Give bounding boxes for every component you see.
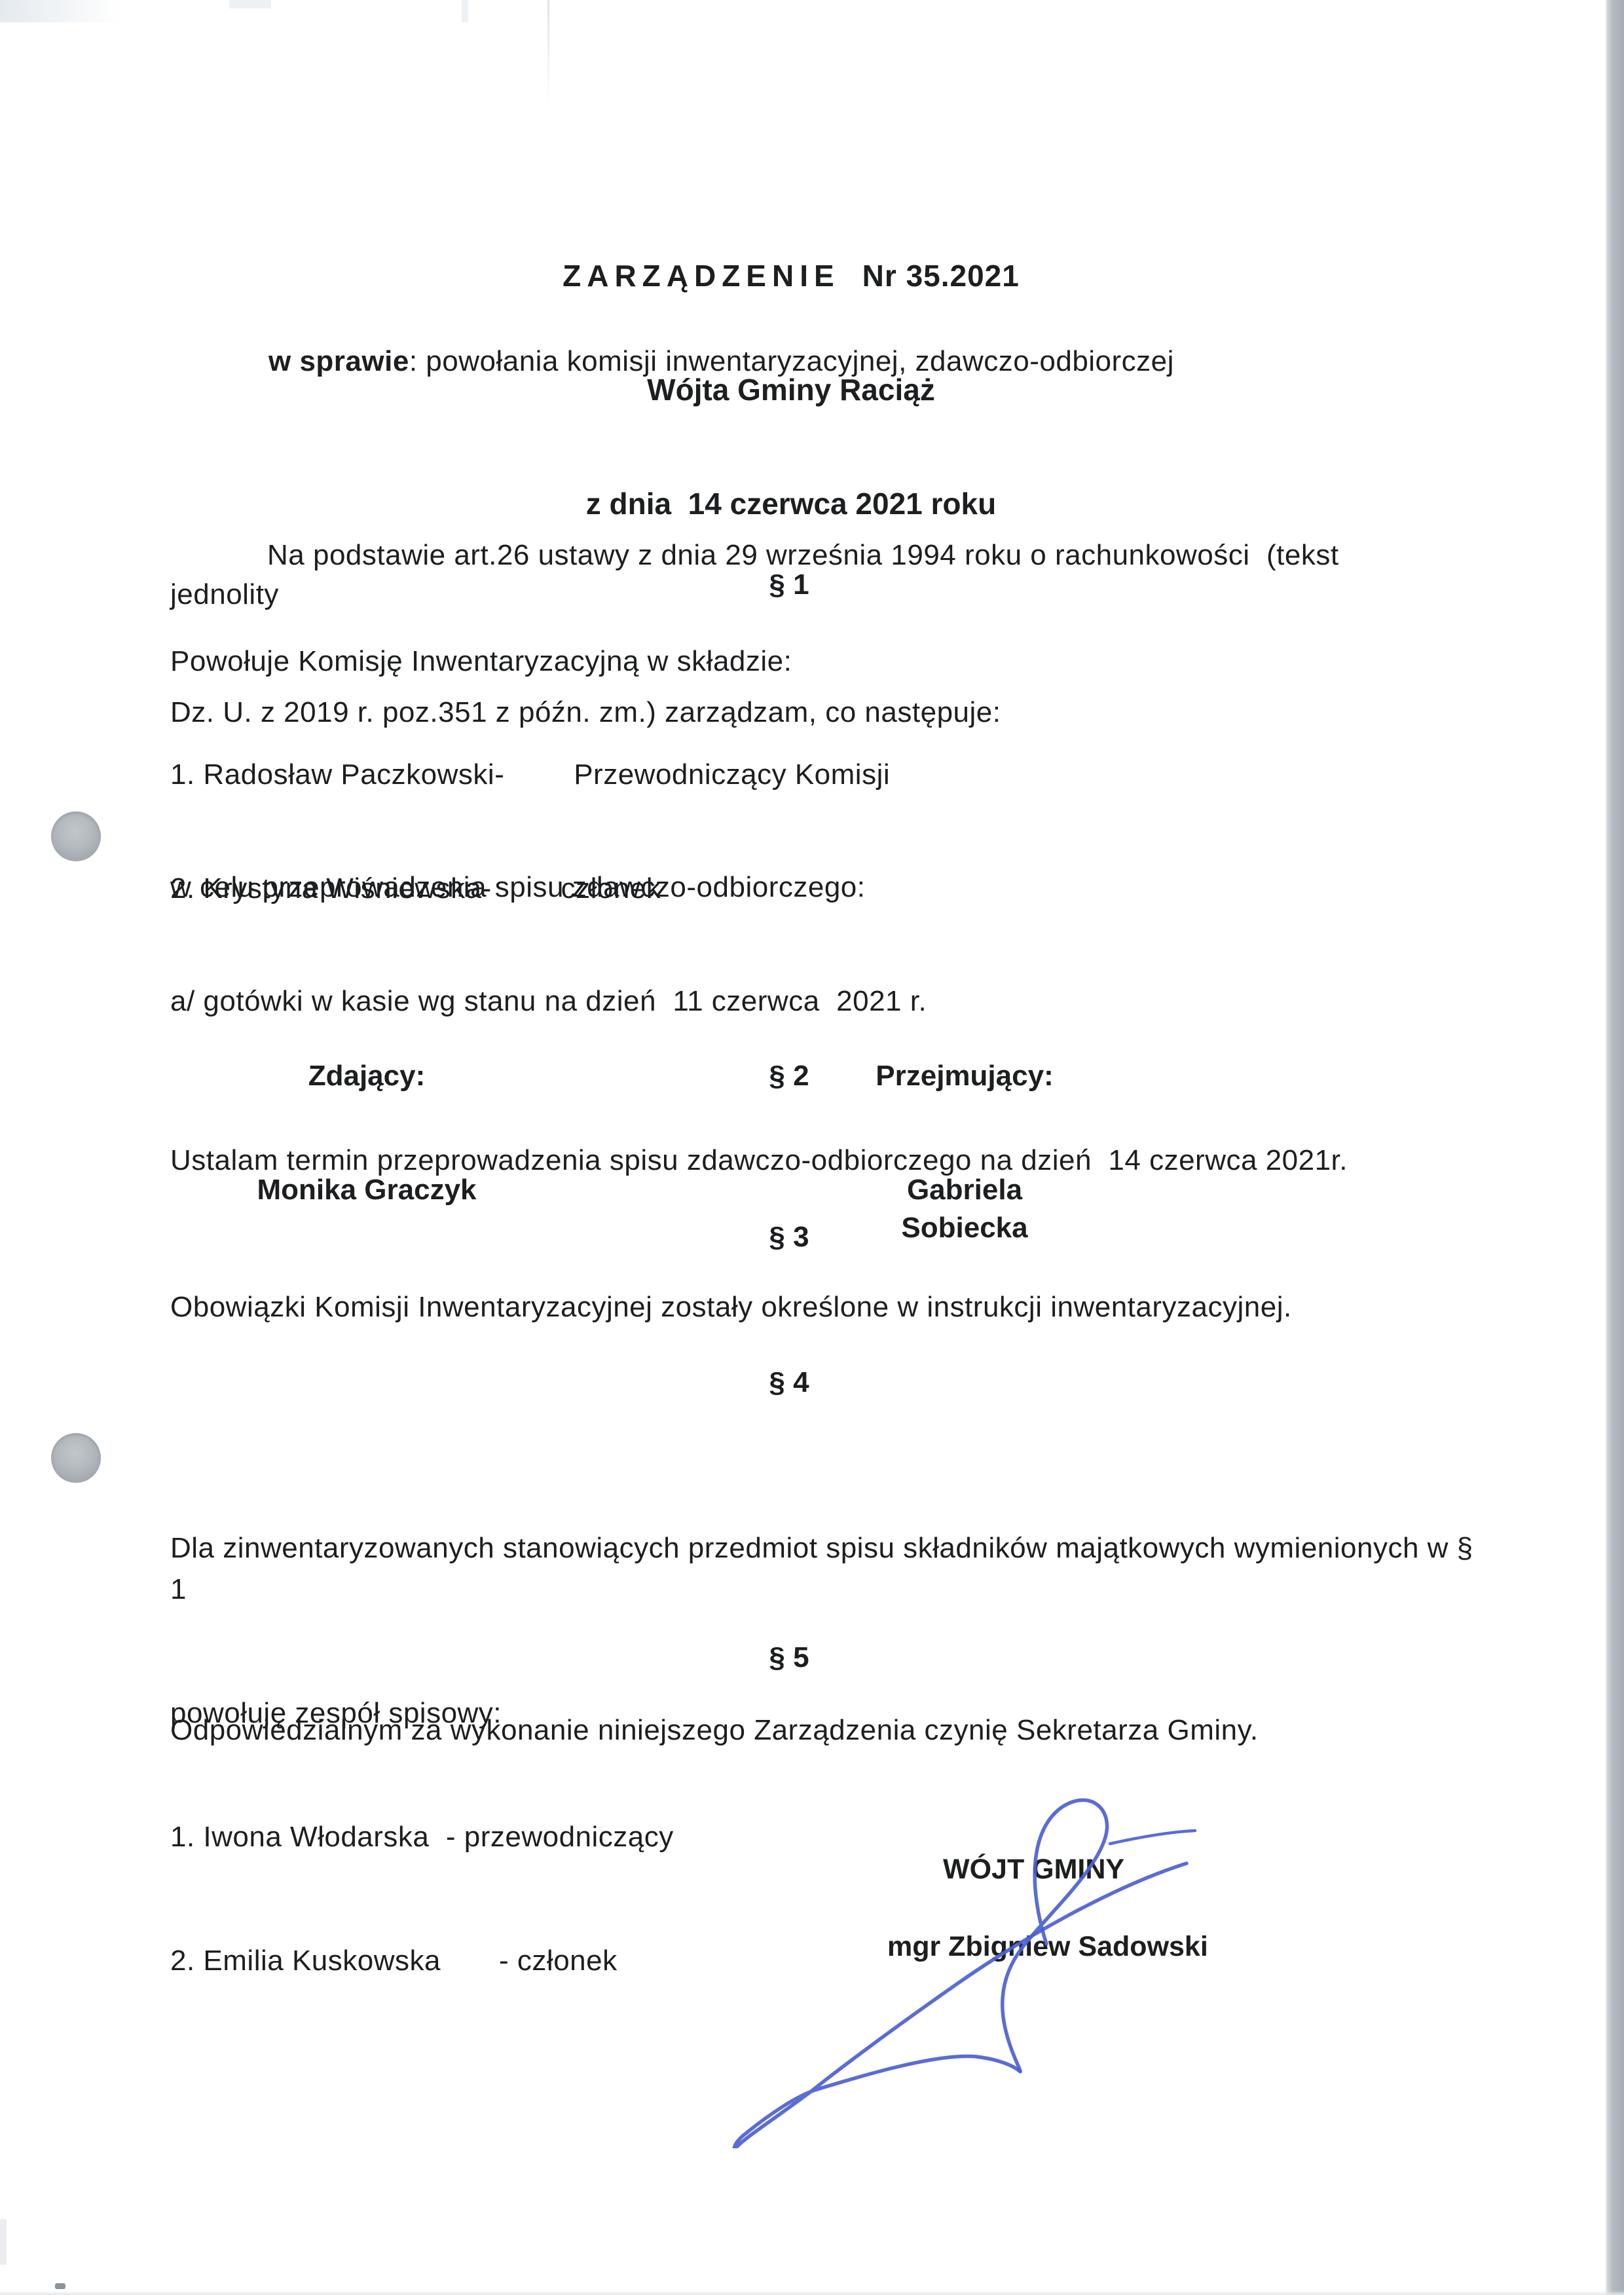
- commission-member-row: 1. Radosław Paczkowski-Przewodniczący Ko…: [170, 756, 1414, 794]
- hole-punch-mark: [51, 812, 101, 861]
- scan-edge-shadow: [1606, 0, 1624, 2295]
- scan-speck: [55, 2283, 65, 2289]
- section-5-text: Odpowiedzialnym za wykonanie niniejszego…: [170, 1711, 1259, 1750]
- scan-speck: [462, 0, 468, 22]
- section-5-mark: § 5: [0, 1641, 1578, 1674]
- purpose-line-1: w celu przeprowadzenia spisu zdawczo-odb…: [170, 868, 927, 906]
- title-line-1: ZARZĄDZENIENr 35.2021: [0, 257, 1582, 295]
- section-2-mark: § 2: [0, 1060, 1578, 1092]
- section-4-block: Dla zinwentaryzowanych stanowiących prze…: [170, 1445, 1480, 2064]
- section-4-line-1: Dla zinwentaryzowanych stanowiących prze…: [170, 1527, 1480, 1610]
- team-member-line: 2. Emilia Kuskowska - członek: [170, 1940, 1480, 1981]
- ordinance-number: Nr 35.2021: [862, 259, 1020, 293]
- section-3-mark: § 3: [0, 1221, 1578, 1254]
- document-page: ZARZĄDZENIENr 35.2021 Wójta Gminy Raciąż…: [0, 0, 1624, 2295]
- scan-corner-streak: [0, 0, 121, 22]
- subject-label: w sprawie: [268, 345, 409, 377]
- signer-title: WÓJT GMINY: [943, 1854, 1124, 1886]
- section-1-intro: Powołuje Komisję Inwentaryzacyjną w skła…: [170, 642, 792, 681]
- ordinance-word: ZARZĄDZENIE: [563, 259, 840, 293]
- member-dash: -: [494, 756, 574, 794]
- section-4-mark: § 4: [0, 1366, 1578, 1399]
- scan-speck: [229, 0, 271, 9]
- section-3-text: Obowiązki Komisji Inwentaryzacyjnej zost…: [170, 1288, 1292, 1327]
- subject-text: : powołania komisji inwentaryzacyjnej, z…: [409, 345, 1174, 377]
- section-2-text: Ustalam termin przeprowadzenia spisu zda…: [170, 1141, 1348, 1180]
- hole-punch-mark: [51, 1433, 101, 1483]
- subject-line: w sprawie: powołania komisji inwentaryza…: [268, 342, 1174, 381]
- member-role: Przewodniczący Komisji: [574, 758, 890, 791]
- team-member-line: 1. Iwona Włodarska - przewodniczący: [170, 1816, 1480, 1857]
- scan-speck: [0, 2219, 7, 2265]
- scan-fold-line: [547, 0, 549, 105]
- signer-name: mgr Zbigniew Sadowski: [887, 1931, 1208, 1963]
- scan-bottom-edge: [0, 2290, 1624, 2295]
- member-name: 1. Radosław Paczkowski: [170, 756, 494, 794]
- section-1-mark: § 1: [0, 569, 1578, 601]
